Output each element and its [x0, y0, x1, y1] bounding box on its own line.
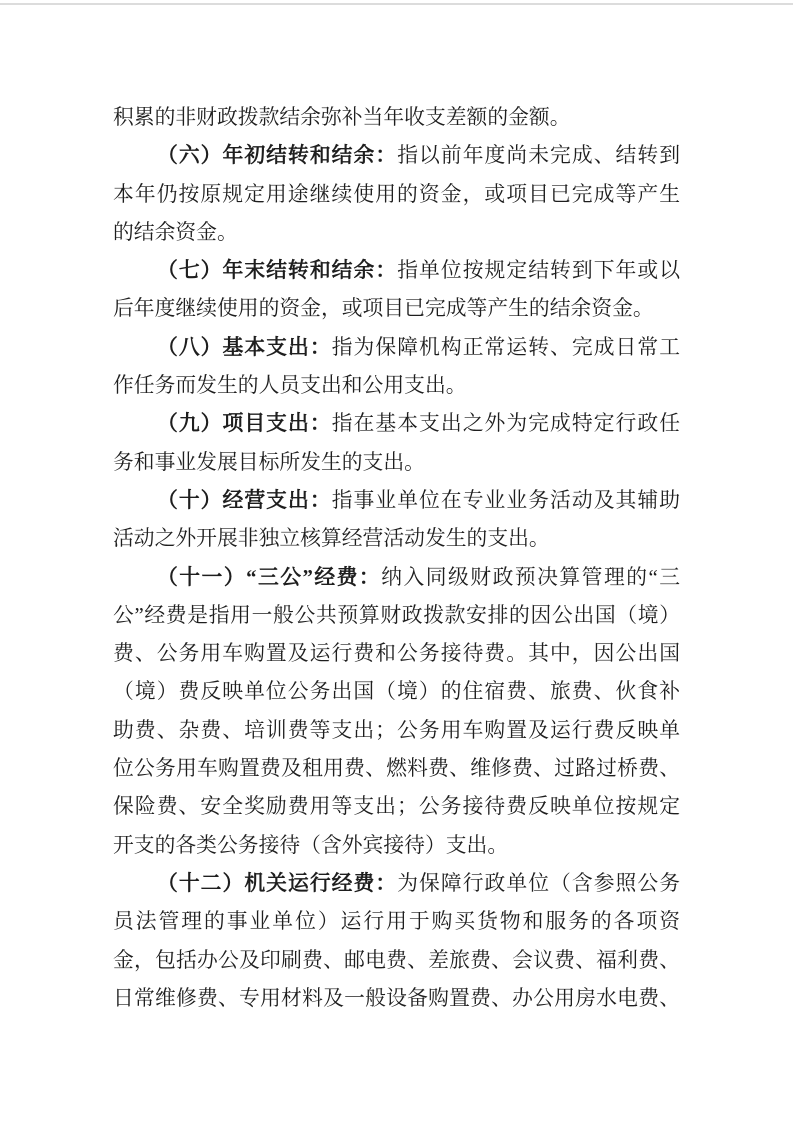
line-text: 活动之外开展非独立核算经营活动发生的支出。 — [113, 527, 550, 550]
text-line: 开支的各类公务接待（含外宾接待）支出。 — [113, 827, 680, 865]
line-text: 开支的各类公务接待（含外宾接待）支出。 — [113, 834, 508, 857]
line-text: （境）费反映单位公务出国（境）的住宿费、旅费、伙食补 — [113, 680, 680, 703]
text-line: 务和事业发展目标所发生的支出。 — [113, 444, 680, 482]
line-text: 指在基本支出之外为完成特定行政任 — [332, 412, 680, 435]
text-line: （十二）机关运行经费：为保障行政单位（含参照公务 — [113, 865, 680, 903]
line-text: 费、公务用车购置及运行费和公务接待费。其中，因公出国 — [113, 642, 680, 665]
line-text: 公”经费是指用一般公共预算财政拨款安排的因公出国（境） — [113, 604, 680, 627]
line-text: 本年仍按原规定用途继续使用的资金，或项目已完成等产生 — [113, 183, 680, 206]
text-line: 保险费、安全奖励费用等支出；公务接待费反映单位按规定 — [113, 788, 680, 826]
line-text: 员法管理的事业单位）运行用于购买货物和服务的各项资 — [113, 910, 680, 933]
text-line: （十一）“三公”经费：纳入同级财政预决算管理的“三 — [113, 559, 680, 597]
text-block: 积累的非财政拨款结余弥补当年收支差额的金额。 （六）年初结转和结余：指以前年度尚… — [113, 99, 680, 1018]
text-line: 积累的非财政拨款结余弥补当年收支差额的金额。 — [113, 99, 680, 137]
line-text: 指单位按规定结转到下年或以 — [397, 259, 680, 282]
text-line: （十）经营支出：指事业单位在专业业务活动及其辅助 — [113, 482, 680, 520]
text-line: 作任务而发生的人员支出和公用支出。 — [113, 367, 680, 405]
text-line: 本年仍按原规定用途继续使用的资金，或项目已完成等产生 — [113, 176, 680, 214]
line-text: 指事业单位在专业业务活动及其辅助 — [332, 489, 680, 512]
line-text: 纳入同级财政预决算管理的“三 — [381, 566, 680, 589]
line-text: 保险费、安全奖励费用等支出；公务接待费反映单位按规定 — [113, 795, 680, 818]
text-line: （六）年初结转和结余：指以前年度尚未完成、结转到 — [113, 137, 680, 175]
text-line: 位公务用车购置费及租用费、燃料费、维修费、过路过桥费、 — [113, 750, 680, 788]
text-line: 助费、杂费、培训费等支出；公务用车购置及运行费反映单 — [113, 712, 680, 750]
line-text: 指以前年度尚未完成、结转到 — [397, 144, 680, 167]
text-line: 费、公务用车购置及运行费和公务接待费。其中，因公出国 — [113, 635, 680, 673]
term-heading: （十一）“三公”经费： — [157, 566, 381, 589]
text-line: 后年度继续使用的资金，或项目已完成等产生的结余资金。 — [113, 290, 680, 328]
line-text: 日常维修费、专用材料及一般设备购置费、办公用房水电费、 — [113, 987, 680, 1010]
text-line: 金，包括办公及印刷费、邮电费、差旅费、会议费、福利费、 — [113, 942, 680, 980]
term-heading: （九）项目支出： — [157, 412, 332, 435]
scan-artifact — [0, 3, 793, 5]
text-line: 活动之外开展非独立核算经营活动发生的支出。 — [113, 520, 680, 558]
line-text: 积累的非财政拨款结余弥补当年收支差额的金额。 — [113, 106, 571, 129]
line-text: 为保障行政单位（含参照公务 — [397, 872, 680, 895]
line-text: 指为保障机构正常运转、完成日常工 — [332, 336, 680, 359]
line-text: 的结余资金。 — [113, 221, 238, 244]
text-line: （九）项目支出：指在基本支出之外为完成特定行政任 — [113, 405, 680, 443]
text-line: 公”经费是指用一般公共预算财政拨款安排的因公出国（境） — [113, 597, 680, 635]
term-heading: （七）年末结转和结余： — [157, 259, 397, 282]
term-heading: （八）基本支出： — [157, 336, 332, 359]
text-line: 员法管理的事业单位）运行用于购买货物和服务的各项资 — [113, 903, 680, 941]
line-text: 作任务而发生的人员支出和公用支出。 — [113, 374, 467, 397]
document-page: 积累的非财政拨款结余弥补当年收支差额的金额。 （六）年初结转和结余：指以前年度尚… — [0, 0, 793, 1122]
term-heading: （十）经营支出： — [157, 489, 332, 512]
term-heading: （六）年初结转和结余： — [157, 144, 397, 167]
line-text: 后年度继续使用的资金，或项目已完成等产生的结余资金。 — [113, 297, 654, 320]
text-line: 日常维修费、专用材料及一般设备购置费、办公用房水电费、 — [113, 980, 680, 1018]
text-line: （境）费反映单位公务出国（境）的住宿费、旅费、伙食补 — [113, 673, 680, 711]
text-line: （七）年末结转和结余：指单位按规定结转到下年或以 — [113, 252, 680, 290]
term-heading: （十二）机关运行经费： — [157, 872, 397, 895]
line-text: 助费、杂费、培训费等支出；公务用车购置及运行费反映单 — [113, 719, 680, 742]
text-line: （八）基本支出：指为保障机构正常运转、完成日常工 — [113, 329, 680, 367]
line-text: 务和事业发展目标所发生的支出。 — [113, 451, 425, 474]
line-text: 位公务用车购置费及租用费、燃料费、维修费、过路过桥费、 — [113, 757, 680, 780]
text-line: 的结余资金。 — [113, 214, 680, 252]
line-text: 金，包括办公及印刷费、邮电费、差旅费、会议费、福利费、 — [113, 949, 680, 972]
